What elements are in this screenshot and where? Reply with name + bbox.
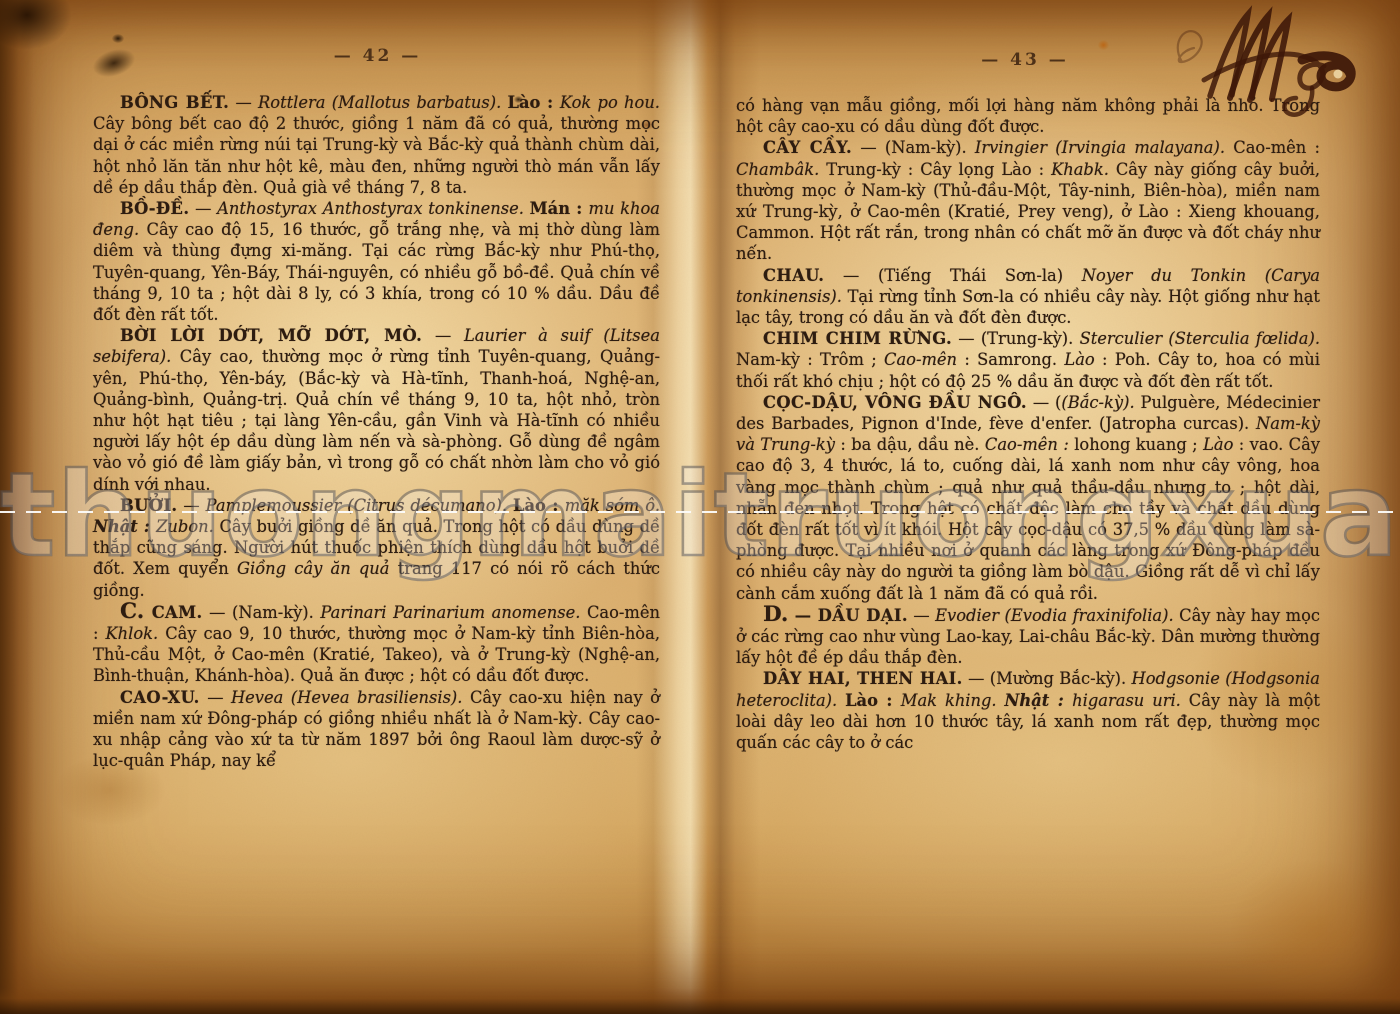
- entry-text: —: [908, 606, 935, 625]
- entry-text: C.: [120, 599, 144, 624]
- entry-text: Giồng cây ăn quả: [237, 559, 398, 578]
- entry-text: : vao. Cây cao độ 3, 4 thước, lá to, cuố…: [736, 435, 1320, 602]
- entry-headword: CỌC-DẬU, VÔNG ĐẦU NGÔ.: [763, 393, 1027, 412]
- entry-text: Trung-kỳ : Cây lọng Lào :: [826, 160, 1051, 179]
- entry-text: (Bắc-kỳ).: [1061, 393, 1140, 412]
- entry-text: Cây cao 9, 10 thước, thường mọc ở Nam-kỳ…: [93, 624, 660, 685]
- dictionary-entry: BƯỞI. — Pamplemoussier (Citrus décumano)…: [93, 495, 660, 601]
- entry-text: Nam-kỳ : Trôm ;: [736, 350, 884, 369]
- entry-text: —: [229, 93, 258, 112]
- entry-text: Lào :: [508, 93, 560, 112]
- entry-text: — (Nam-kỳ).: [203, 603, 321, 622]
- entry-text: Kok po hou.: [560, 93, 660, 112]
- entry-text: — (: [1027, 393, 1061, 412]
- entry-text: Sterculier (Sterculia fœlida).: [1080, 329, 1320, 348]
- page-number-42: — 42 —: [95, 46, 660, 66]
- entry-text: Nhật :: [93, 517, 156, 536]
- dictionary-entry: BỜI LỜI DỚT, MỠ DỚT, MÒ. — Laurier à sui…: [93, 325, 660, 495]
- entry-text: : Samrong.: [964, 350, 1064, 369]
- entry-text: —: [422, 326, 464, 345]
- ink-speck: [112, 34, 124, 43]
- entry-text: Mak khing.: [901, 691, 1005, 710]
- entry-text: — (Nam-kỳ).: [852, 138, 975, 157]
- entry-text: Lào :: [513, 496, 565, 515]
- entry-text: Cao-mên :: [1233, 138, 1320, 157]
- dictionary-entry: C. CAM. — (Nam-kỳ). Parinari Parinarium …: [93, 601, 660, 687]
- dictionary-entry: D. — DẦU DẠI. — Evodier (Evodia fraxinif…: [736, 604, 1320, 669]
- dictionary-entry: BỒ-ĐỀ. — Anthostyrax Anthostyrax tonkine…: [93, 198, 660, 325]
- rust-speck: [1098, 40, 1109, 50]
- dictionary-entry: CAO-XU. — Hevea (Hevea brasiliensis). Câ…: [93, 687, 660, 772]
- dictionary-entry: CHAU. — (Tiếng Thái Sơn-la) Noyer du Ton…: [736, 265, 1320, 329]
- entry-text: —: [200, 688, 231, 707]
- entry-text: Lào: [1203, 435, 1239, 454]
- entry-headword: DÂY HAI, THEN HAI.: [763, 669, 963, 688]
- entry-text: —: [189, 199, 217, 218]
- entry-text: Parinari Parinarium anomense.: [320, 603, 587, 622]
- entry-text: Mán :: [530, 199, 589, 218]
- dictionary-entry: DÂY HAI, THEN HAI. — (Mường Bắc-kỳ). Hod…: [736, 668, 1320, 753]
- page-42-text-column: BÔNG BẾT. — Rottlera (Mallotus barbatus)…: [93, 92, 660, 772]
- entry-text: lohong kuang ;: [1074, 435, 1203, 454]
- entry-text: Zubon.: [156, 517, 219, 536]
- entry-headword: BƯỞI.: [120, 496, 177, 515]
- entry-text: Anthostyrax Anthostyrax tonkinense.: [217, 199, 530, 218]
- entry-headword: BỒ-ĐỀ.: [120, 199, 189, 218]
- entry-text: Nhật :: [1005, 691, 1073, 710]
- entry-text: Evodier (Evodia fraxinifolia).: [935, 606, 1179, 625]
- entry-text: Cây bông bết cao độ 2 thước, giồng 1 năm…: [93, 114, 660, 197]
- entry-text: — (Mường Bắc-kỳ).: [963, 669, 1132, 688]
- entry-text: Khlok.: [105, 624, 165, 643]
- entry-headword: BỜI LỜI DỚT, MỠ DỚT, MÒ.: [120, 326, 422, 345]
- entry-text: : ba dậu, dầu nè.: [840, 435, 985, 454]
- dictionary-entry: CHIM CHIM RỪNG. — (Trung-kỳ). Sterculier…: [736, 328, 1320, 392]
- entry-headword: CAM.: [144, 603, 202, 622]
- page-43-text-column: có hàng vạn mẫu giồng, mối lợi hàng năm …: [736, 95, 1320, 753]
- dark-corner: [0, 0, 72, 50]
- entry-headword: — DẦU DẠI.: [788, 606, 908, 625]
- entry-headword: CHAU.: [763, 266, 824, 285]
- entry-text: có hàng vạn mẫu giồng, mối lợi hàng năm …: [736, 96, 1320, 136]
- paper-stain: [1230, 860, 1400, 1000]
- entry-headword: BÔNG BẾT.: [120, 93, 229, 112]
- entry-text: D.: [763, 602, 788, 627]
- entry-text: Lào: [1064, 350, 1102, 369]
- entry-text: Rottlera (Mallotus barbatus).: [258, 93, 508, 112]
- book-left-edge: [0, 0, 34, 1014]
- entry-text: — (Trung-kỳ).: [952, 329, 1080, 348]
- dictionary-entry: có hàng vạn mẫu giồng, mối lợi hàng năm …: [736, 95, 1320, 137]
- entry-text: Lào :: [845, 691, 901, 710]
- entry-text: Irvingier (Irvingia malayana).: [975, 138, 1233, 157]
- entry-text: higarasu uri.: [1072, 691, 1189, 710]
- entry-text: Cây cao, thường mọc ở rừng tỉnh Tuyên-qu…: [93, 347, 660, 493]
- entry-text: — (Tiếng Thái Sơn-la): [824, 266, 1081, 285]
- entry-text: Cao-mên :: [985, 435, 1074, 454]
- entry-text: măk sóm ô.: [565, 496, 660, 515]
- entry-headword: CÂY CẦY.: [763, 138, 852, 157]
- dictionary-entry: BÔNG BẾT. — Rottlera (Mallotus barbatus)…: [93, 92, 660, 198]
- page-number-43: — 43 —: [735, 50, 1315, 70]
- entry-text: Cây cao độ 15, 16 thước, gỗ trắng nhẹ, v…: [93, 220, 660, 324]
- entry-text: —: [177, 496, 205, 515]
- entry-headword: CAO-XU.: [120, 688, 200, 707]
- entry-headword: CHIM CHIM RỪNG.: [763, 329, 952, 348]
- dictionary-entry: CỌC-DẬU, VÔNG ĐẦU NGÔ. — ((Bắc-kỳ). Pulg…: [736, 392, 1320, 604]
- book-spread: — 42 — — 43 — BÔNG BẾT. — Rottlera (Mall…: [0, 0, 1400, 1014]
- entry-text: Khabk.: [1051, 160, 1116, 179]
- dictionary-entry: CÂY CẦY. — (Nam-kỳ). Irvingier (Irvingia…: [736, 137, 1320, 264]
- entry-text: Cao-mên: [884, 350, 964, 369]
- entry-text: Pamplemoussier (Citrus décumano).: [206, 496, 513, 515]
- entry-text: Hevea (Hevea brasiliensis).: [231, 688, 470, 707]
- entry-text: Chambâk.: [736, 160, 826, 179]
- book-bottom-edge: [0, 988, 1400, 1014]
